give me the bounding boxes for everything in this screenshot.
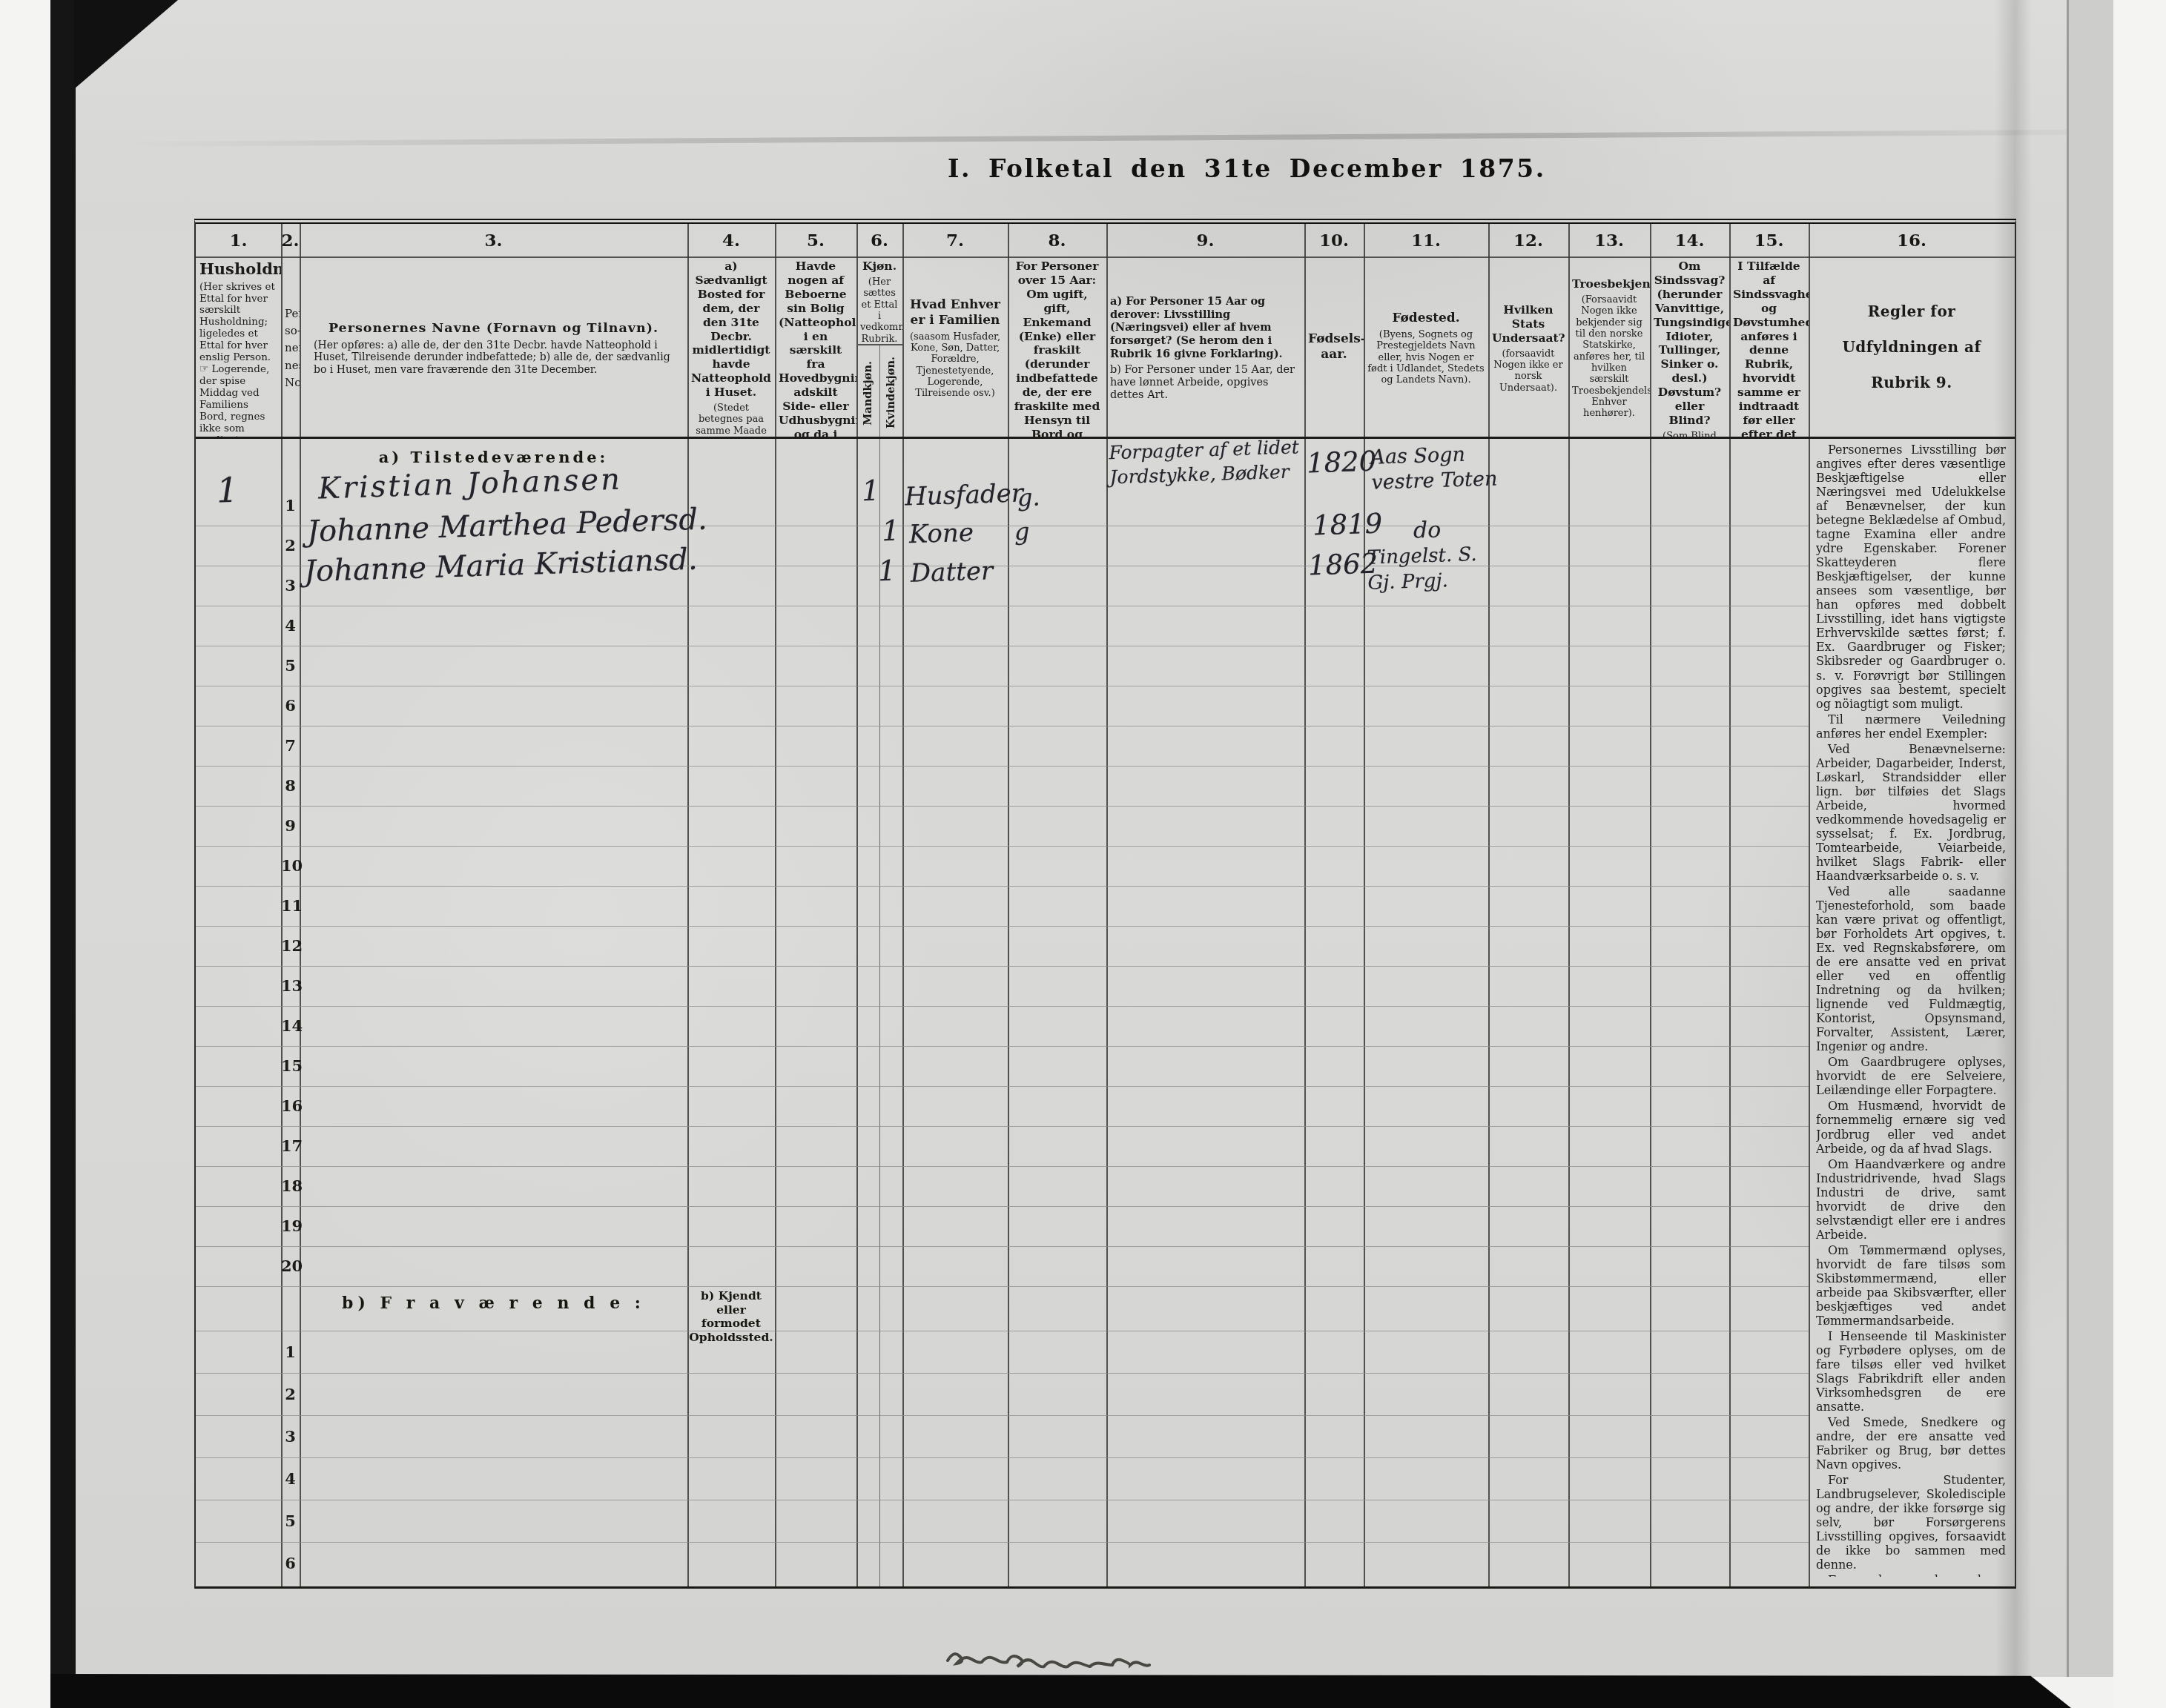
column-number-9: 9. xyxy=(1106,224,1304,258)
row-line-a9 xyxy=(196,846,1809,847)
column-title-token: nes xyxy=(285,357,296,374)
column-title: Om Sindssvag? (herunder Vanvittige, Tung… xyxy=(1654,259,1726,428)
entry-occupation-row1: Forpagter af et lidet Jordstykke, Bødker xyxy=(1109,434,1316,490)
column-header-7: 7.Hvad Enhver er i Familien(saasom Husfa… xyxy=(902,224,1008,439)
column-number-5: 5. xyxy=(775,224,856,258)
table-header-row: 1.Husholdninger.(Her skrives et Ettal fo… xyxy=(196,224,2015,439)
entry-birth-place-row2: do xyxy=(1413,517,1441,543)
column-divider-15 xyxy=(1809,224,1810,1586)
column-title: Hvad Enhver er i Familien xyxy=(906,297,1004,328)
rules-paragraph-5: Om Gaardbrugere oplyses, hvorvidt de ere… xyxy=(1816,1055,2006,1097)
column-header-text-4: a) Sædvanligt Bosted for dem, der den 31… xyxy=(687,258,775,439)
row-number-a2: 2 xyxy=(281,536,300,555)
column-divider-4 xyxy=(775,224,776,1586)
column-header-text-2: Per-so-ner-nesNo. xyxy=(281,258,300,439)
column-divider-14 xyxy=(1729,224,1731,1586)
row-line-a16 xyxy=(196,1126,1809,1127)
column-note: (Stedet betegnes paa samme Maade som i R… xyxy=(691,403,771,439)
row-line-a10 xyxy=(196,886,1809,887)
row-line-a19 xyxy=(196,1246,1809,1247)
entry-name-row3: Johanne Maria Kristiansd. xyxy=(303,543,698,589)
entry-birth-place-row3: Tingelst. S. Gj. Prgj. xyxy=(1367,542,1493,596)
scan-border-left xyxy=(50,0,76,1708)
row-line-b-label xyxy=(196,1331,1809,1331)
column-number-13: 13. xyxy=(1568,224,1650,258)
entry-household-number: 1 xyxy=(216,470,239,511)
column-number-6: 6. xyxy=(856,224,902,258)
row-number-a7: 7 xyxy=(281,736,300,755)
column-title: a) Sædvanligt Bosted for dem, der den 31… xyxy=(691,259,771,400)
column-title-token: so- xyxy=(285,322,296,340)
page-title: I. Folketal den 31te December 1875. xyxy=(948,154,1546,183)
rules-paragraph-9: I Henseende til Maskinister og Fyrbødere… xyxy=(1816,1329,2006,1414)
row-line-a12 xyxy=(196,966,1809,967)
entry-marital-status-row1: g. xyxy=(1017,483,1040,512)
column-header-14: 14.Om Sindssvag? (herunder Vanvittige, T… xyxy=(1650,224,1729,439)
column-divider-11 xyxy=(1488,224,1490,1586)
sex-subcolumn-topline xyxy=(856,344,902,345)
row-number-a17: 17 xyxy=(281,1136,300,1155)
column-divider-8 xyxy=(1106,224,1108,1586)
row-line-a18 xyxy=(196,1206,1809,1207)
rules-column-text: Personernes Livsstilling bør angives eft… xyxy=(1816,443,2006,1577)
rules-paragraph-10: Ved Smede, Snedkere og andre, der ere an… xyxy=(1816,1415,2006,1472)
row-number-b6: 6 xyxy=(281,1554,300,1572)
column-number-16: 16. xyxy=(1809,224,2015,258)
rules-paragraph-2: Til nærmere Veiledning anføres her endel… xyxy=(1816,712,2006,741)
row-number-a14: 14 xyxy=(281,1016,300,1035)
row-line-a4 xyxy=(196,646,1809,646)
entry-sex-female-row2: 1 xyxy=(881,514,900,548)
entry-birth-year-row1: 1820 xyxy=(1306,446,1376,480)
column-divider-9 xyxy=(1304,224,1306,1586)
column-divider-7 xyxy=(1008,224,1009,1586)
column-note: (forsaavidt Nogen ikke er norsk Undersaa… xyxy=(1492,348,1565,394)
rules-paragraph-7: Om Haandværkere og andre Industridrivend… xyxy=(1816,1157,2006,1242)
section-present-label: a) Tilstedeværende: xyxy=(300,448,687,466)
row-number-a18: 18 xyxy=(281,1176,300,1195)
column-header-1: 1.Husholdninger.(Her skrives et Ettal fo… xyxy=(196,224,281,439)
column-number-2: 2. xyxy=(281,224,300,258)
column-title-token: No. xyxy=(285,374,296,391)
column-divider-6 xyxy=(902,224,904,1586)
row-number-b5: 5 xyxy=(281,1512,300,1530)
column-header-text-6: Kjøn.(Her sættes et Ettal i vedkommende … xyxy=(856,258,902,346)
row-number-a4: 4 xyxy=(281,616,300,635)
column-title-token: ner- xyxy=(285,340,296,357)
column-number-15: 15. xyxy=(1729,224,1809,258)
column-title: Kjøn. xyxy=(860,259,899,274)
column-title: Hvilken Stats Undersaat? xyxy=(1492,303,1565,345)
column-title: a) For Personer 15 Aar og derover: Livss… xyxy=(1110,295,1301,360)
column-divider-3 xyxy=(687,224,689,1586)
column-divider-13 xyxy=(1650,224,1651,1586)
row-line-b3 xyxy=(196,1457,1809,1458)
column-header-text-11: Fødested.(Byens, Sognets og Prestegjelde… xyxy=(1364,258,1488,439)
row-line-a15 xyxy=(196,1086,1809,1087)
column-header-4: 4.a) Sædvanligt Bosted for dem, der den … xyxy=(687,224,775,439)
column-header-3: 3.Personernes Navne (Fornavn og Tilnavn)… xyxy=(300,224,687,439)
entry-name-row2: Johanne Marthea Pedersd. xyxy=(306,503,707,549)
entry-sex-female-row3: 1 xyxy=(877,555,897,588)
adjacent-page-sliver xyxy=(2069,0,2113,1677)
scanner-margin-left xyxy=(0,0,50,1708)
column-number-3: 3. xyxy=(300,224,687,258)
row-line-a5 xyxy=(196,686,1809,686)
row-line-a7 xyxy=(196,766,1809,767)
column-header-text-14: Om Sindssvag? (herunder Vanvittige, Tung… xyxy=(1650,258,1729,439)
column-title: Fødested. xyxy=(1367,311,1485,326)
section-absent-label: b) F r a v æ r e n d e : xyxy=(300,1294,687,1313)
column-header-text-5: Havde nogen af Beboerne sin Bolig (Natte… xyxy=(775,258,856,439)
column-note: (Her opføres: a) alle de, der den 31te D… xyxy=(303,340,684,377)
column-header-text-7: Hvad Enhver er i Familien(saasom Husfade… xyxy=(902,258,1008,439)
row-line-b5 xyxy=(196,1542,1809,1543)
row-number-a6: 6 xyxy=(281,696,300,715)
subcolumn-female: Kvindekjøn. xyxy=(879,346,902,439)
column-title: Husholdninger. xyxy=(199,259,277,279)
census-table: 1.Husholdninger.(Her skrives et Ettal fo… xyxy=(194,219,2016,1589)
rules-paragraph-11: For Studenter, Landbrugselever, Skoledis… xyxy=(1816,1473,2006,1572)
row-number-a20: 20 xyxy=(281,1257,300,1275)
entry-name-row1: Kristian Johansen xyxy=(317,463,622,506)
column-header-2: 2.Per-so-ner-nesNo. xyxy=(281,224,300,439)
row-number-a13: 13 xyxy=(281,976,300,995)
column-number-4: 4. xyxy=(687,224,775,258)
column-header-12: 12.Hvilken Stats Undersaat?(forsaavidt N… xyxy=(1488,224,1568,439)
row-line-a6 xyxy=(196,726,1809,726)
column-header-text-15: I Tilfælde af Sindssvaghed og Døvstumhed… xyxy=(1729,258,1809,439)
column-note: (Her sættes et Ettal i vedkommende Rubri… xyxy=(860,277,899,345)
subcolumn-label: Mandkjøn. xyxy=(862,361,874,426)
column-note: (Byens, Sognets og Prestegjeldets Navn e… xyxy=(1367,329,1485,386)
row-number-b2: 2 xyxy=(281,1385,300,1403)
column-header-16: 16.Regler for Udfyldningen af Rubrik 9. xyxy=(1809,224,2015,439)
column-note: (Her skrives et Ettal for hver særskilt … xyxy=(199,282,277,439)
row-line-a13 xyxy=(196,1006,1809,1007)
row-number-a11: 11 xyxy=(281,896,300,915)
column-divider-12 xyxy=(1568,224,1570,1586)
column-title: Personernes Navne (Fornavn og Tilnavn). xyxy=(303,321,684,337)
column-title: Regler for Udfyldningen af Rubrik 9. xyxy=(1812,294,2011,400)
entry-birth-year-row2: 1819 xyxy=(1312,508,1382,542)
rules-paragraph-12: For dem, der have Fattigunderstøttelse, … xyxy=(1816,1573,2006,1577)
column-header-text-1: Husholdninger.(Her skrives et Ettal for … xyxy=(196,258,281,439)
row-line-a14 xyxy=(196,1046,1809,1047)
entry-birth-place-row1: Aas Sogn vestre Toten xyxy=(1370,441,1499,495)
rules-paragraph-4: Ved alle saadanne Tjenesteforhold, som b… xyxy=(1816,884,2006,1053)
column-title: I Tilfælde af Sindssvaghed og Døvstumhed… xyxy=(1733,259,1805,439)
row-number-a16: 16 xyxy=(281,1096,300,1115)
row-line-a17 xyxy=(196,1166,1809,1167)
column-header-11: 11.Fødested.(Byens, Sognets og Prestegje… xyxy=(1364,224,1488,439)
column-header-13: 13.Troesbekjendelse.(Forsaavidt Nogen ik… xyxy=(1568,224,1650,439)
scan-border-bottom xyxy=(50,1674,2071,1708)
entry-marital-status-row2: g xyxy=(1014,517,1030,546)
column-note: b) For Personer under 15 Aar, der have l… xyxy=(1110,364,1301,402)
column-header-text-16: Regler for Udfyldningen af Rubrik 9. xyxy=(1809,258,2015,439)
row-number-a19: 19 xyxy=(281,1217,300,1235)
column-header-9: 9.a) For Personer 15 Aar og derover: Liv… xyxy=(1106,224,1304,439)
scanned-census-page: I. Folketal den 31te December 1875. 1.Hu… xyxy=(0,0,2166,1708)
row-number-a15: 15 xyxy=(281,1056,300,1075)
column-header-text-8: For Personer over 15 Aar: Om ugift, gift… xyxy=(1008,258,1106,439)
column-title: For Personer over 15 Aar: Om ugift, gift… xyxy=(1011,259,1103,439)
column-number-14: 14. xyxy=(1650,224,1729,258)
column-title: Fødsels-aar. xyxy=(1308,331,1360,362)
column-note: (Forsaavidt Nogen ikke bekjender sig til… xyxy=(1572,294,1646,420)
row-line-b4 xyxy=(196,1500,1809,1500)
header-bottom-line xyxy=(196,437,2015,439)
rules-paragraph-1: Personernes Livsstilling bør angives eft… xyxy=(1816,443,2006,711)
row-number-a9: 9 xyxy=(281,816,300,835)
scanner-margin-right xyxy=(2113,0,2166,1708)
column-number-10: 10. xyxy=(1304,224,1364,258)
column-number-1: 1. xyxy=(196,224,281,258)
subcolumn-male: Mandkjøn. xyxy=(856,346,879,439)
row-line-b2 xyxy=(196,1415,1809,1416)
row-number-a10: 10 xyxy=(281,856,300,875)
column-title: Havde nogen af Beboerne sin Bolig (Natte… xyxy=(779,259,853,439)
rules-paragraph-6: Om Husmænd, hvorvidt de fornemmelig ernæ… xyxy=(1816,1099,2006,1155)
row-number-a3: 3 xyxy=(281,576,300,595)
column-header-text-9: a) For Personer 15 Aar og derover: Livss… xyxy=(1106,258,1304,439)
row-number-b1: 1 xyxy=(281,1343,300,1361)
row-number-b4: 4 xyxy=(281,1469,300,1488)
column-note: (saasom Husfader, Kone, Søn, Datter, For… xyxy=(906,331,1004,400)
row-number-a5: 5 xyxy=(281,656,300,675)
row-number-a8: 8 xyxy=(281,776,300,795)
entry-family-position-row3: Datter xyxy=(910,556,993,588)
column-number-8: 8. xyxy=(1008,224,1106,258)
subcolumn-label: Kvindekjøn. xyxy=(885,357,897,428)
row-number-a12: 12 xyxy=(281,936,300,955)
sex-subcolumn-divider xyxy=(879,344,880,1586)
row-line-a3 xyxy=(196,606,1809,606)
rules-paragraph-3: Ved Benævnelserne: Arbeider, Dagarbeider… xyxy=(1816,742,2006,883)
column-number-11: 11. xyxy=(1364,224,1488,258)
row-line-a8 xyxy=(196,806,1809,807)
section-absent-residence-note: b) Kjendt eller formodet Opholdssted. xyxy=(687,1289,775,1344)
column-header-5: 5.Havde nogen af Beboerne sin Bolig (Nat… xyxy=(775,224,856,439)
row-line-a11 xyxy=(196,926,1809,927)
entry-sex-male-row1: 1 xyxy=(861,474,880,508)
column-header-15: 15.I Tilfælde af Sindssvaghed og Døvstum… xyxy=(1729,224,1809,439)
column-header-text-13: Troesbekjendelse.(Forsaavidt Nogen ikke … xyxy=(1568,258,1650,439)
handwritten-scribble xyxy=(943,1643,1203,1675)
column-number-7: 7. xyxy=(902,224,1008,258)
column-divider-10 xyxy=(1364,224,1365,1586)
row-line-a20 xyxy=(196,1286,1809,1287)
column-number-12: 12. xyxy=(1488,224,1568,258)
row-line-b1 xyxy=(196,1373,1809,1374)
row-number-a1: 1 xyxy=(281,496,300,514)
column-header-text-3: Personernes Navne (Fornavn og Tilnavn).(… xyxy=(300,258,687,439)
column-title-token: Per- xyxy=(285,305,296,322)
column-divider-5 xyxy=(856,224,858,1586)
rules-paragraph-8: Om Tømmermænd oplyses, hvorvidt de fare … xyxy=(1816,1243,2006,1328)
column-header-10: 10.Fødsels-aar. xyxy=(1304,224,1364,439)
entry-family-position-row2: Kone xyxy=(908,518,974,550)
column-title: Troesbekjendelse. xyxy=(1572,277,1646,291)
row-number-b3: 3 xyxy=(281,1427,300,1446)
column-header-text-12: Hvilken Stats Undersaat?(forsaavidt Noge… xyxy=(1488,258,1568,439)
column-header-text-10: Fødsels-aar. xyxy=(1304,258,1364,439)
column-header-8: 8.For Personer over 15 Aar: Om ugift, gi… xyxy=(1008,224,1106,439)
entry-family-position-row1: Husfader xyxy=(904,478,1023,512)
